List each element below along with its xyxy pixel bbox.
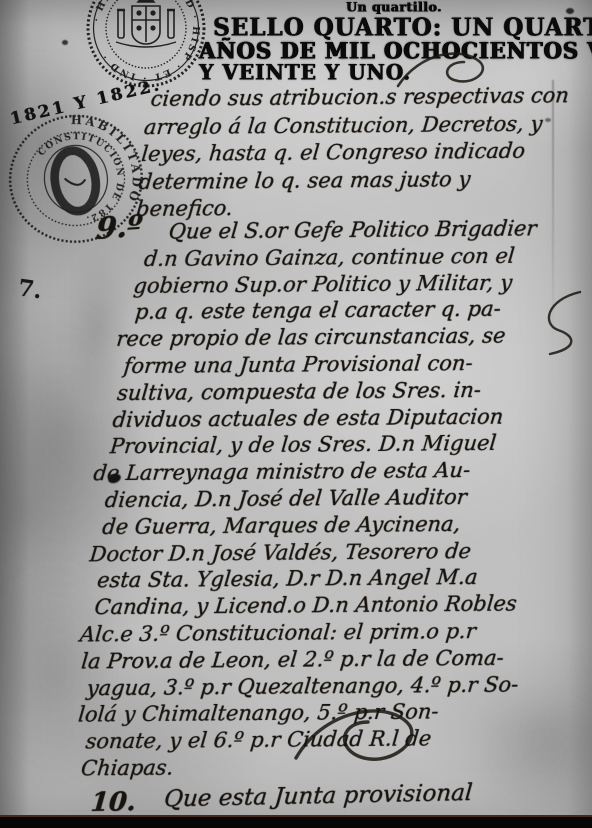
manuscript-line: p.a q. este tenga el caracter q. pa- bbox=[108, 295, 585, 326]
article-10-first-line: Que esta Junta provisional bbox=[163, 780, 474, 817]
manuscript-line: ciendo sus atribucion.s respectivas con bbox=[137, 82, 592, 113]
manuscript-line: Alc.e 3.º Constitucional: el prim.o p.r bbox=[77, 617, 554, 648]
manuscript-line: la Prov.a de Leon, el 2.º p.r la de Coma… bbox=[74, 644, 551, 675]
header-line-3: Y VEINTE Y UNO. bbox=[199, 59, 411, 84]
manuscript-line: sultiva, compuesta de los Sres. in- bbox=[100, 376, 577, 407]
manuscript-line: determine lo q. sea mas justo y bbox=[129, 165, 584, 196]
manuscript-line: d.n Gavino Gainza, continue con el bbox=[113, 242, 590, 273]
manuscript-line: forme una Junta Provisional con- bbox=[103, 349, 580, 380]
photo-border-bottom bbox=[0, 815, 592, 828]
manuscript-line: Candina, y Licend.o D.n Antonio Robles bbox=[79, 590, 556, 621]
manuscript-line: gobierno Sup.or Politico y Militar, y bbox=[110, 269, 587, 300]
crowned-shield-icon bbox=[116, 0, 176, 47]
margin-mark: 7. bbox=[16, 274, 44, 304]
manuscript-line: Provincial, y de los Sres. D.n Miguel bbox=[95, 429, 572, 460]
manuscript-line: esta Sta. Yglesia, D.r D.n Angel M.a bbox=[82, 564, 559, 595]
manuscript-line: de Larreynaga ministro de esta Au- bbox=[92, 456, 569, 487]
manuscript-line: lolá y Chimaltenango, 5.º p.r Son- bbox=[69, 698, 546, 729]
manuscript-line: yagua, 3.º p.r Quezaltenango, 4.º p.r So… bbox=[72, 671, 549, 702]
article-10-number: 10. bbox=[89, 787, 137, 818]
stamp-center-oval bbox=[50, 148, 100, 214]
manuscript-line: leyes, hasta q. el Congreso indicado bbox=[132, 137, 587, 168]
article-10-opening: 10. Que esta Junta provisional bbox=[89, 780, 473, 818]
manuscript-line: Doctor D.n José Valdés, Tesorero de bbox=[84, 537, 561, 568]
manuscript-line: rece propio de las circunstancias, se bbox=[105, 322, 582, 353]
manuscript-line: Chiapas. bbox=[64, 751, 541, 782]
manuscript-line: Que el S.or Gefe Politico Brigadier bbox=[115, 215, 592, 246]
manuscript-line: diencia, D.n José del Valle Auditor bbox=[90, 483, 567, 514]
scanned-document-page: · HISP · ET · IND · HISP · ET · IND · 18… bbox=[0, 0, 592, 828]
manuscript-line: sonate, y el 6.º p.r Ciudad R.l de bbox=[66, 724, 543, 755]
manuscript-line: dividuos actuales de esta Diputacion bbox=[97, 403, 574, 434]
royal-coat-of-arms-seal-icon: · HISP · ET · IND · HISP · ET · IND · bbox=[84, 0, 208, 90]
manuscript-line: arreglo á la Constitucion, Decretos, y bbox=[135, 110, 590, 141]
manuscript-line: de Guerra, Marques de Aycinena, bbox=[87, 510, 564, 541]
paragraph-end-lines: ciendo sus atribucion.s respectivas cona… bbox=[127, 82, 592, 224]
ink-speck bbox=[62, 40, 68, 45]
article-9-lines: Que el S.or Gefe Politico Brigadierd.n G… bbox=[64, 215, 592, 782]
